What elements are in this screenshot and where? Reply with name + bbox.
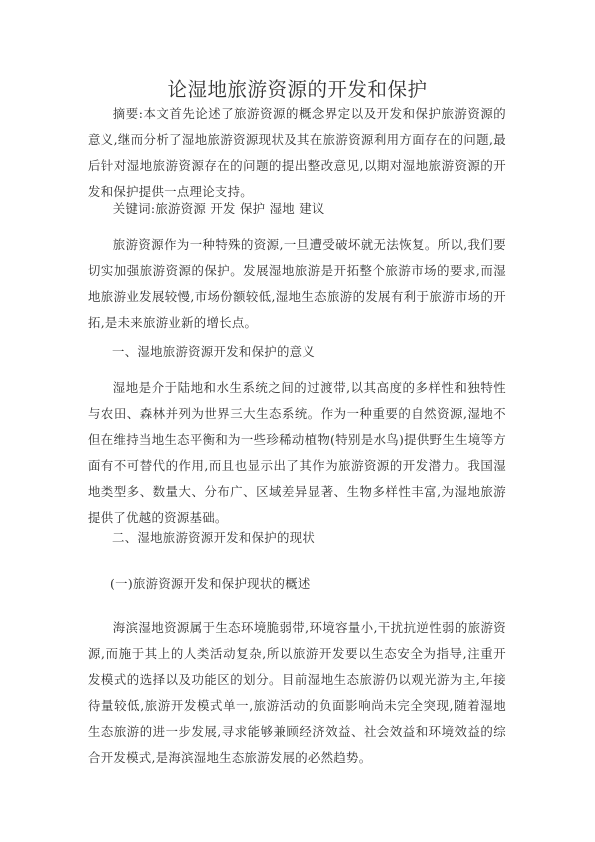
document-title: 论湿地旅游资源的开发和保护 [0, 74, 595, 102]
keywords-line: 关键词:旅游资源 开发 保护 湿地 建议 [88, 196, 506, 222]
document-page: 论湿地旅游资源的开发和保护 摘要:本文首先论述了旅游资源的概念界定以及开发和保护… [0, 0, 595, 842]
subsection-2-1-paragraph: 海滨湿地资源属于生态环境脆弱带,环境容量小,干扰抗逆性弱的旅游资源,而施于其上的… [88, 615, 506, 771]
section-1-paragraph: 湿地是介于陆地和水生系统之间的过渡带,以其高度的多样性和独特性与农田、森林并列为… [88, 375, 506, 531]
intro-paragraph: 旅游资源作为一种特殊的资源,一旦遭受破坏就无法恢复。所以,我们要切实加强旅游资源… [88, 232, 506, 336]
section-1-heading: 一、湿地旅游资源开发和保护的意义 [112, 342, 315, 360]
section-2-heading: 二、湿地旅游资源开发和保护的现状 [112, 528, 315, 546]
subsection-2-1-heading: (一)旅游资源开发和保护现状的概述 [110, 574, 311, 592]
abstract-paragraph: 摘要:本文首先论述了旅游资源的概念界定以及开发和保护旅游资源的意义,继而分析了湿… [88, 101, 506, 205]
